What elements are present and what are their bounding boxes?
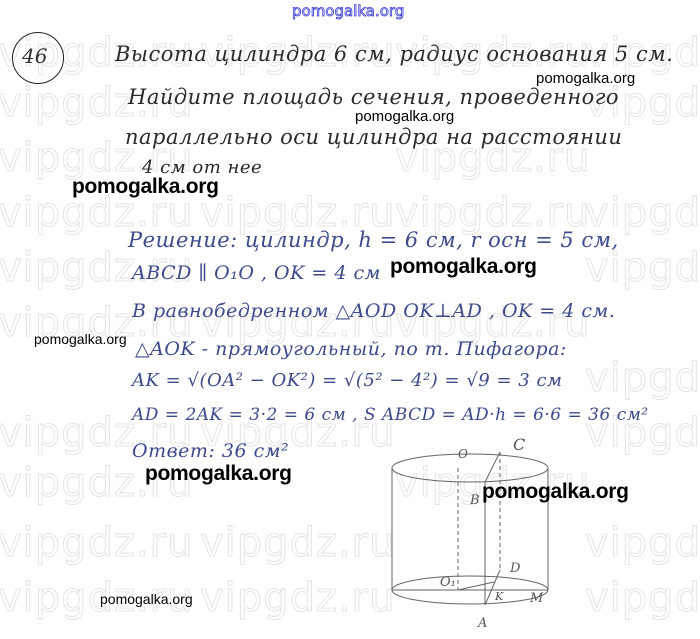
watermark: vipgdz.ru: [200, 575, 395, 621]
label-C: C: [513, 435, 525, 454]
problem-line: Найдите площадь сечения, проведенного: [128, 85, 619, 109]
watermark-overlay: pomogalka.org: [355, 108, 454, 125]
cylinder-figure: O C B D O₁ K M A: [370, 420, 570, 639]
watermark-overlay: pomogalka.org: [72, 175, 219, 199]
watermark-overlay: pomogalka.org: [34, 331, 127, 347]
label-A: A: [477, 616, 487, 631]
problem-line: параллельно оси цилиндра на расстоянии: [125, 125, 622, 149]
watermark: vipgdz.ru: [0, 520, 193, 566]
solution-line: △AOK - прямоугольный, по т. Пифагора:: [135, 338, 567, 360]
answer-line: Ответ: 36 см²: [132, 440, 289, 462]
label-D: D: [509, 561, 521, 576]
label-O1: O₁: [440, 575, 456, 590]
label-B: B: [469, 493, 480, 508]
watermark-overlay: pomogalka.org: [100, 591, 193, 607]
solution-line: ABCD ∥ O₁O , OK = 4 см: [132, 262, 381, 284]
watermark: vipgdz.ru: [200, 520, 395, 566]
watermark-overlay: pomogalka.org: [145, 462, 292, 486]
site-link[interactable]: pomogalka.org: [292, 2, 404, 20]
watermark-overlay: pomogalka.org: [482, 480, 629, 504]
problem-line: Высота цилиндра 6 см, радиус основания 5…: [115, 42, 673, 66]
solution-line: В равнобедренном △AOD OK⊥AD , OK = 4 см.: [132, 300, 615, 322]
watermark: vipgdz.ru: [585, 520, 700, 566]
watermark-overlay: pomogalka.org: [536, 70, 635, 87]
label-O: O: [458, 447, 468, 461]
watermark-overlay: pomogalka.org: [390, 255, 537, 279]
solution-line: AK = √(OA² − OK²) = √(5² − 4²) = √9 = 3 …: [132, 370, 562, 391]
watermark: vipgdz.ru: [585, 355, 700, 401]
label-K: K: [494, 590, 504, 603]
solution-line: Решение: цилиндр, h = 6 см, r осн = 5 см…: [128, 228, 619, 252]
problem-number: 46: [22, 44, 47, 68]
watermark: vipgdz.ru: [585, 575, 700, 621]
label-M: M: [529, 591, 544, 606]
